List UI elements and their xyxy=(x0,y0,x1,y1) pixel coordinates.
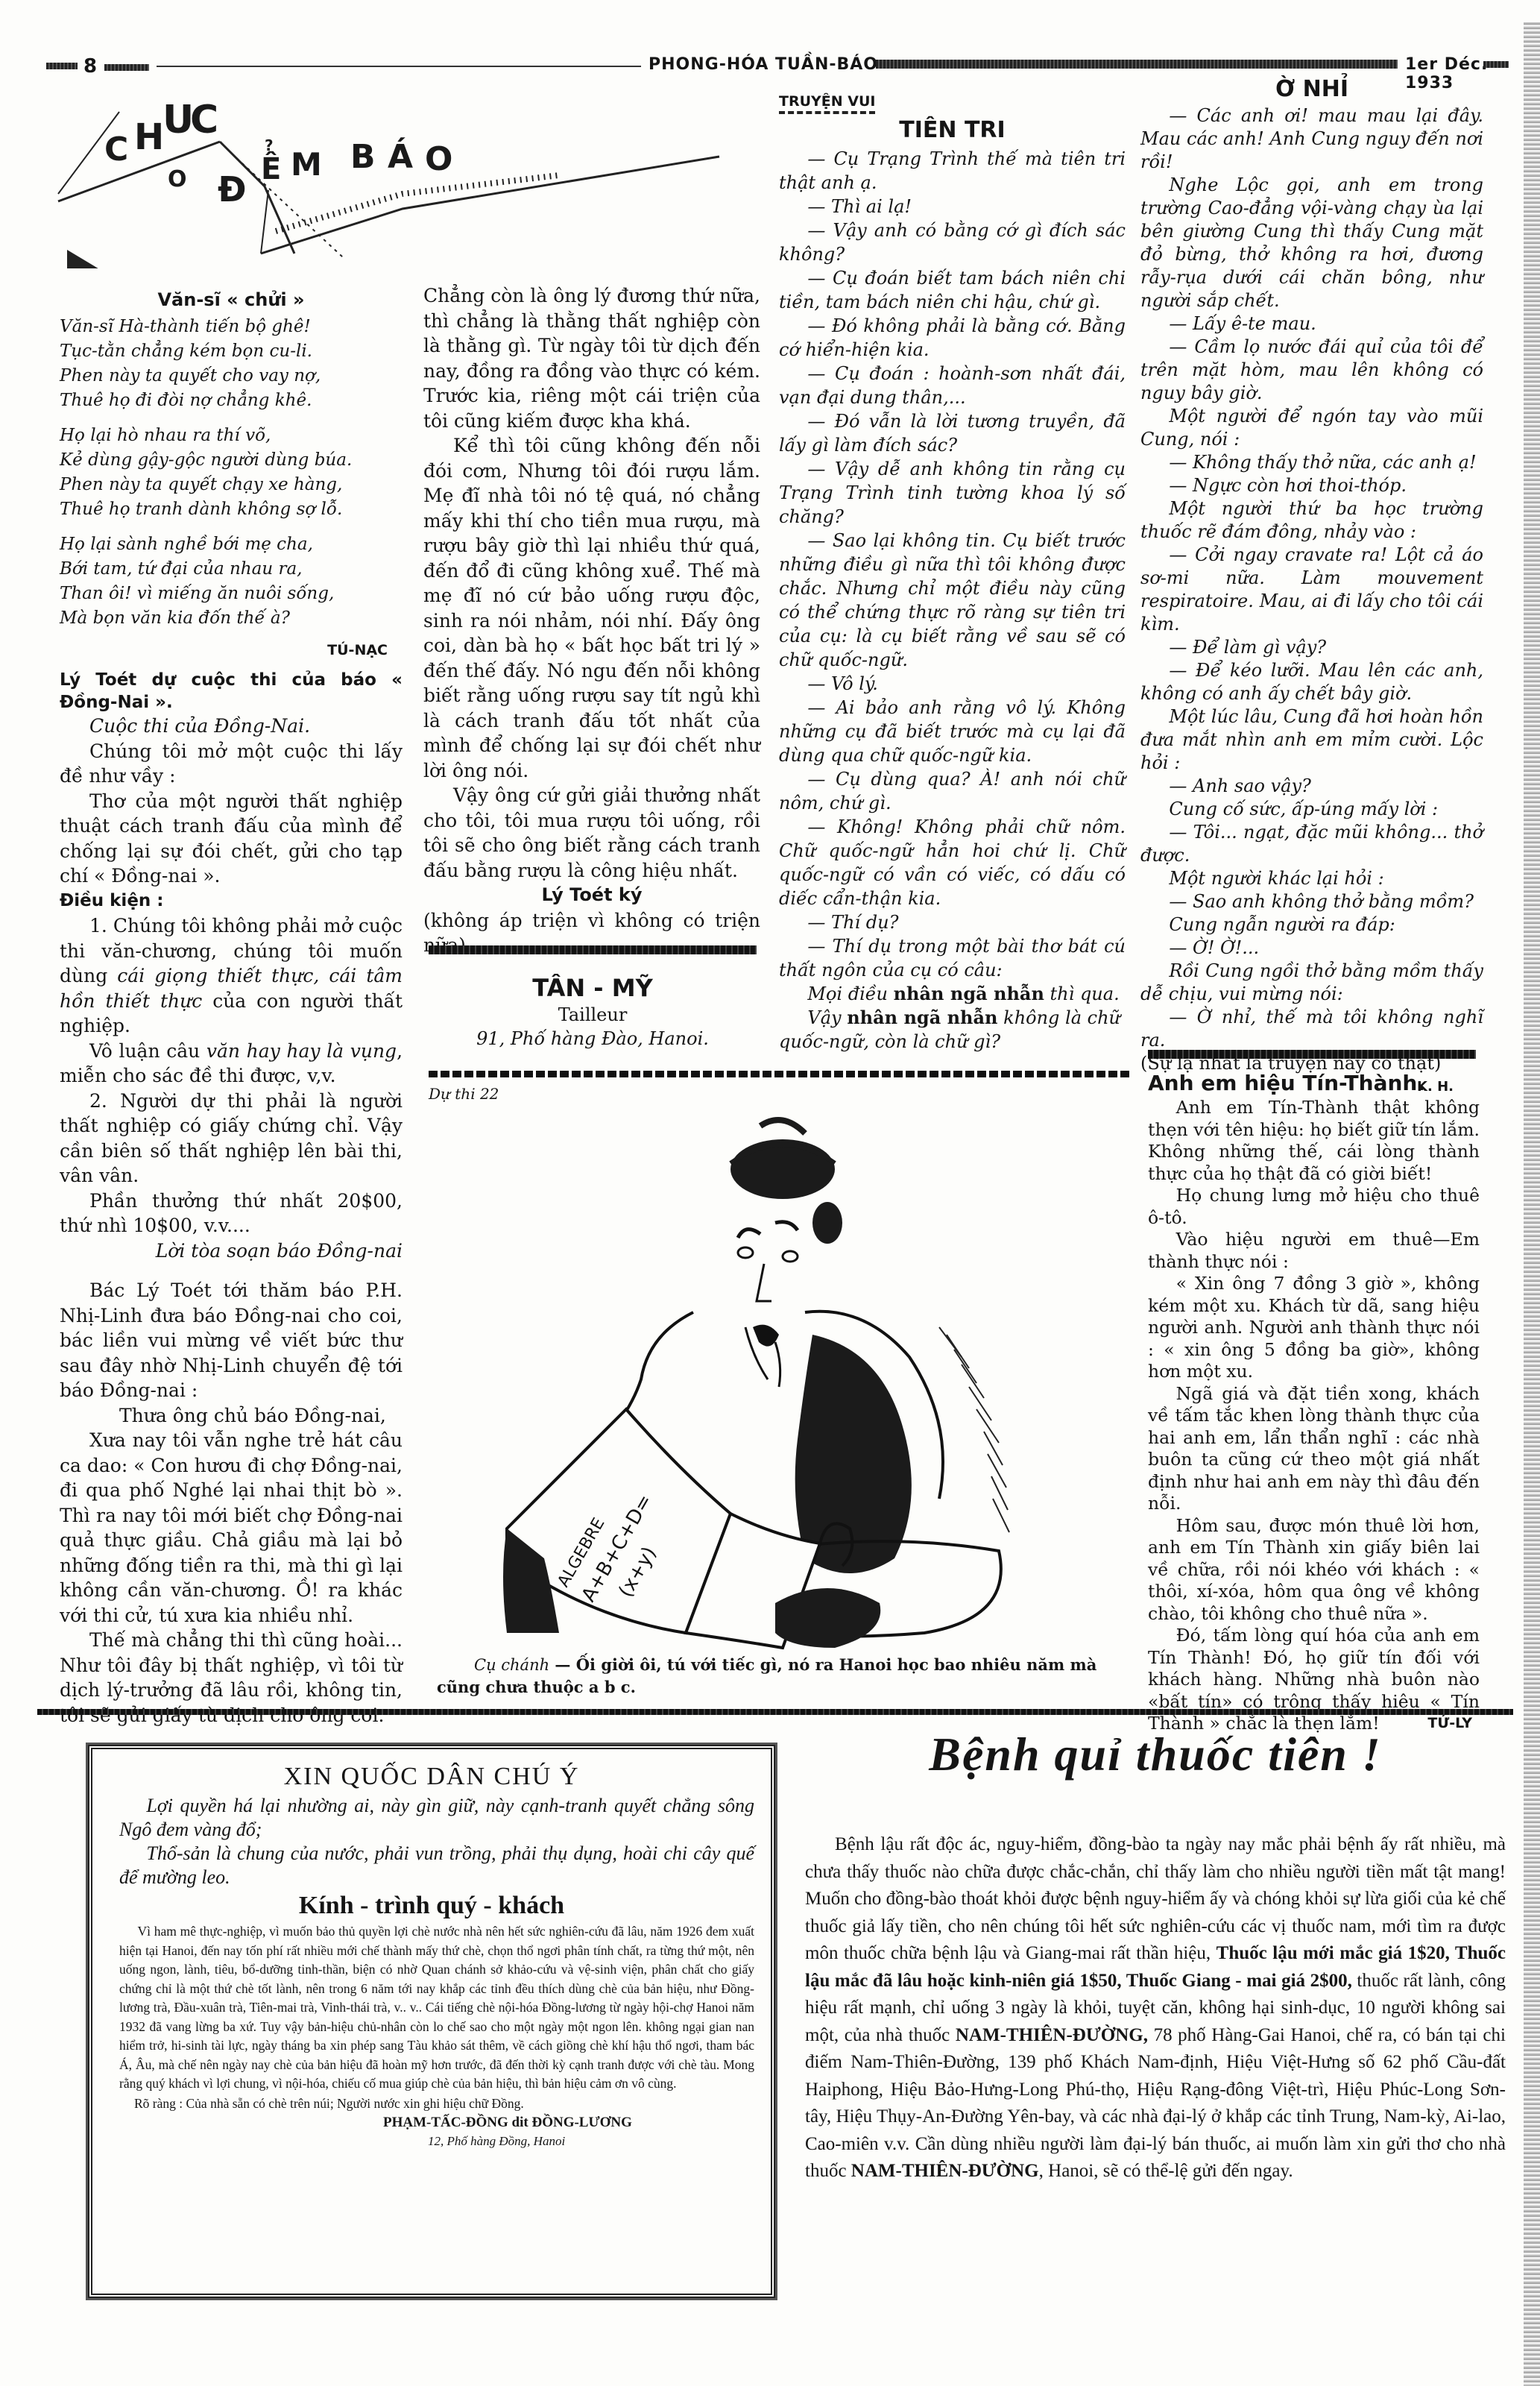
cartoon-caption: Cụ chánh — Ối giời ôi, tú với tiếc gì, n… xyxy=(437,1654,1123,1699)
poem-line: Phen này ta quyết cho vay nợ, xyxy=(60,364,403,388)
story-line: — Để làm gì vậy? xyxy=(1140,636,1483,659)
poem-line: Thuê họ tranh dành không sợ lỗ. xyxy=(60,497,403,522)
story-line: — Ngực còn hơi thoi-thóp. xyxy=(1140,474,1483,497)
verse-line: Lợi quyền há lại nhường ai, này gìn giữ,… xyxy=(119,1794,754,1842)
prize: Phần thưởng thứ nhất 20$00, thứ nhì 10$0… xyxy=(60,1189,403,1238)
dialogue-line: — Cụ đoán : hoành-sơn nhất đái, vạn đại … xyxy=(779,362,1126,409)
header-rule-left xyxy=(46,63,78,69)
poem-line: Bới tam, tứ đại của nhau ra, xyxy=(60,557,403,582)
conditions-label: Điều kiện : xyxy=(60,889,403,914)
text: 78 phố Hàng-Gai Hanoi, chế ra, có bán tạ… xyxy=(805,2025,1506,2182)
condition-2: 2. Người dự thi phải là người thất nghiệ… xyxy=(60,1089,403,1189)
poem-line: Họ lại hò nhau ra thí võ, xyxy=(60,424,403,448)
poem-line: Họ lại sành nghề bới mẹ cha, xyxy=(60,532,403,557)
dialogue-line: — Cụ dùng qua? À! anh nói chữ nôm, chứ g… xyxy=(779,767,1126,815)
tailor-name: TÂN - MỸ xyxy=(429,973,757,1003)
section-logo: C H U C O Đ Ê ? M B Á O xyxy=(45,97,760,268)
paragraph: Hôm sau, được món thuê lời hơn, anh em T… xyxy=(1148,1515,1480,1625)
svg-text:B: B xyxy=(350,138,376,176)
ad-body: Bệnh lậu rất độc ác, nguy-hiểm, đồng-bào… xyxy=(805,1831,1506,2185)
ad-body: Vì ham mê thực-nghiệp, vì muốn bảo thủ q… xyxy=(92,1922,771,2094)
verse-line: Thổ-sản là chung của nước, phải vun trồn… xyxy=(119,1842,754,1889)
salutation: Thưa ông chủ báo Đồng-nai, xyxy=(60,1403,403,1429)
poem-line: Thuê họ đi đòi nợ chẳng khê. xyxy=(60,388,403,413)
dialogue-line: — Đó không phải là bằng cớ. Bằng cớ hiển… xyxy=(779,314,1126,362)
paragraph: Vậy ông cứ gửi giải thưởng nhất cho tôi,… xyxy=(423,783,760,883)
paragraph: Họ chung lưng mở hiệu cho thuê ô-tô. xyxy=(1148,1185,1480,1229)
paragraph: Anh em Tín-Thành thật không thẹn với tên… xyxy=(1148,1097,1480,1185)
story-line: — Không thấy thở nữa, các anh ạ! xyxy=(1140,451,1483,474)
poem-author: TÚ-NẠC xyxy=(60,638,388,664)
header-rule-right xyxy=(876,60,1398,69)
cartoon-illustration: ALGEBRE A+B+C+D= (x+y) xyxy=(477,1111,1111,1655)
svg-text:Á: Á xyxy=(388,136,413,176)
dialogue-line: — Không! Không phải chữ nôm. Chữ quốc-ng… xyxy=(779,815,1126,910)
column-4: Ờ NHỈ — Các anh ơi! mau mau lại đây. Mau… xyxy=(1140,75,1483,1098)
column-5: Anh em hiệu Tín-Thành. Anh em Tín-Thành … xyxy=(1148,1070,1480,1734)
logo-artwork: C H U C O Đ Ê ? M B Á O xyxy=(45,97,760,268)
tailor-trade: Tailleur xyxy=(429,1003,757,1027)
header-rule xyxy=(104,64,149,71)
column-2: Chẳng còn là ông lý đương thứ nữa, thì c… xyxy=(423,283,760,958)
text: Vậy xyxy=(807,1007,847,1028)
story-line: Rồi Cung ngồi thở bằng mồm thấy dễ chịu,… xyxy=(1140,960,1483,1006)
svg-text:?: ? xyxy=(265,136,274,154)
story-line: — Cởi ngay cravate ra! Lột cả áo sơ-mi n… xyxy=(1140,544,1483,636)
story-line: Cung cố sức, ấp-úng mấy lời : xyxy=(1140,798,1483,821)
header-rule-end xyxy=(1483,61,1509,68)
dialogue-line: — Ai bảo anh rằng vô lý. Không những cụ … xyxy=(779,696,1126,767)
poem-line: Văn-sĩ Hà-thành tiến bộ ghê! xyxy=(60,315,403,339)
dialogue-line: — Cụ Trạng Trình thế mà tiên tri thật an… xyxy=(779,147,1126,195)
article-title: Lý Toét dự cuộc thi của báo « Đồng-Nai »… xyxy=(60,669,403,714)
text: Mọi điều xyxy=(807,983,893,1004)
scholar-cartoon-icon: ALGEBRE A+B+C+D= (x+y) xyxy=(477,1111,1111,1655)
publication-name: PHONG-HÓA TUẦN-BÁO xyxy=(648,55,878,74)
article-subtitle: Cuộc thi của Đồng-Nai. xyxy=(60,714,403,739)
emphasis: văn hay hay là vụng xyxy=(206,1040,397,1062)
dialogue-line: — Vô lý. xyxy=(779,672,1126,696)
ad-slogan: Rõ ràng : Của nhà sẵn có chè trên núi; N… xyxy=(92,2094,771,2113)
medicine-advertisement: Bệnh quỉ thuốc tiên ! Bệnh lậu rất độc á… xyxy=(805,1722,1506,2185)
svg-text:Đ: Đ xyxy=(218,169,247,210)
dialogue-line: — Thí dụ trong một bài thơ bát cú thất n… xyxy=(779,934,1126,982)
paragraph: Xưa nay tôi vẫn nghe trẻ hát câu ca dao:… xyxy=(60,1428,403,1628)
svg-text:Ê: Ê xyxy=(261,151,281,186)
svg-text:C: C xyxy=(104,130,128,169)
brand-name: NAM-THIÊN-ĐƯỜNG, xyxy=(956,2025,1148,2045)
scan-edge xyxy=(1524,22,1540,2386)
ad-title: Bệnh quỉ thuốc tiên ! xyxy=(805,1722,1506,1787)
contest-label: Dự thi 22 xyxy=(429,1085,499,1103)
column-1: Văn-sĩ « chửi » Văn-sĩ Hà-thành tiến bộ … xyxy=(60,288,403,1728)
ad-title: XIN QUỐC DÂN CHÚ Ý xyxy=(92,1760,771,1794)
poem-title: Văn-sĩ « chửi » xyxy=(60,288,403,313)
condition-1: 1. Chúng tôi không phải mở cuộc thi văn-… xyxy=(60,913,403,1039)
text: , Hanoi, sẽ có thể-lệ gửi đến ngay. xyxy=(1039,2161,1293,2181)
column-3: TRUYỆN VUI TIÊN TRI — Cụ Trạng Trình thế… xyxy=(779,88,1126,1054)
paragraph: « Xin ông 7 đồng 3 giờ », không kém một … xyxy=(1148,1273,1480,1383)
letter-signature: Lý Toét ký xyxy=(423,883,760,908)
svg-text:H: H xyxy=(134,116,164,158)
paragraph: Thơ của một người thất nghiệp thuật cách… xyxy=(60,789,403,889)
section-divider xyxy=(37,1709,1513,1715)
dialogue-line: — Vậy dễ anh không tin rằng cụ Trạng Trì… xyxy=(779,457,1126,529)
verse-line: Vậy nhân ngã nhẫn không là chữ quốc-ngữ,… xyxy=(779,1006,1126,1054)
story-line: — Sao anh không thở bằng mồm? xyxy=(1140,890,1483,913)
text: thì qua. xyxy=(1044,983,1120,1004)
tailor-ad: TÂN - MỸ Tailleur 91, Phố hàng Đào, Hano… xyxy=(429,973,757,1051)
paragraph: Ngã giá và đặt tiền xong, khách về tấm t… xyxy=(1148,1383,1480,1515)
paragraph: Bác Lý Toét tới thăm báo P.H. Nhị-Linh đ… xyxy=(60,1278,403,1403)
divider xyxy=(429,945,757,954)
poem: Văn-sĩ Hà-thành tiến bộ ghê! Tục-tằn chẳ… xyxy=(60,315,403,631)
story-line: Một người để ngón tay vào mũi Cung, nói … xyxy=(1140,405,1483,451)
story-line: Nghe Lộc gọi, anh em trong trường Cao-đẳ… xyxy=(1140,174,1483,312)
divider xyxy=(1148,1050,1476,1059)
condition-1b: Vô luận câu văn hay hay là vụng, miễn ch… xyxy=(60,1039,403,1089)
section-label: TRUYỆN VUI xyxy=(779,93,875,114)
story-line: — Lấy ê-te mau. xyxy=(1140,312,1483,336)
poem-line: Phen này ta quyết chạy xe hàng, xyxy=(60,473,403,497)
tailor-address: 91, Phố hàng Đào, Hanoi. xyxy=(429,1027,757,1051)
story-line: — Tôi... ngạt, đặc mũi không... thở được… xyxy=(1140,821,1483,867)
story-line: — Ờ! Ờ!... xyxy=(1140,937,1483,960)
paragraph: Kể thì tôi cũng không đến nỗi đói cơm, N… xyxy=(423,433,760,783)
svg-text:O: O xyxy=(425,140,452,178)
caption-speaker: Cụ chánh xyxy=(437,1656,549,1674)
tea-advertisement: XIN QUỐC DÂN CHÚ Ý Lợi quyền há lại nhườ… xyxy=(88,1745,775,2298)
dialogue-line: — Đó vẫn là lời tương truyền, đã lấy gì … xyxy=(779,409,1126,457)
poem-line: Than ôi! vì miếng ăn nuôi sống, xyxy=(60,582,403,606)
svg-text:C: C xyxy=(190,98,218,142)
story-line: Một lúc lâu, Cung đã hơi hoàn hồn đưa mắ… xyxy=(1140,705,1483,775)
story-title: Anh em hiệu Tín-Thành. xyxy=(1148,1070,1480,1097)
dialogue-line: — Thí dụ? xyxy=(779,910,1126,934)
story-line: Một người thứ ba học trường thuốc rẽ đám… xyxy=(1140,497,1483,544)
svg-text:M: M xyxy=(291,146,322,183)
story-line: Một người khác lại hỏi : xyxy=(1140,867,1483,890)
editor-signature: Lời tòa soạn báo Đồng-nai xyxy=(60,1238,403,1264)
verse-line: Mọi điều nhân ngã nhẫn thì qua. xyxy=(779,982,1126,1006)
dialogue-line: — Sao lại không tin. Cụ biết trước những… xyxy=(779,529,1126,672)
page-number: 8 xyxy=(83,55,98,78)
story-line: — Anh sao vậy? xyxy=(1140,775,1483,798)
dialogue-line: — Vậy anh có bằng cớ gì đích sác không? xyxy=(779,218,1126,266)
ad-address: 12, Phố hàng Đồng, Hanoi xyxy=(92,2132,771,2150)
emphasis: nhân ngã nhẫn xyxy=(894,983,1044,1004)
ad-signature: PHẠM-TẤC-ĐỒNG dit ĐỒNG-LƯƠNG xyxy=(92,2113,771,2132)
divider xyxy=(429,1071,1129,1077)
paragraph: Chúng tôi mở một cuộc thi lấy đề như vầy… xyxy=(60,739,403,789)
story-title: TIÊN TRI xyxy=(779,116,1126,145)
story-line: Cung ngẫn người ra đáp: xyxy=(1140,913,1483,937)
story-line: — Ờ nhỉ, thế mà tôi không nghĩ ra. xyxy=(1140,1006,1483,1052)
paragraph: Chẳng còn là ông lý đương thứ nữa, thì c… xyxy=(423,283,760,433)
svg-text:U: U xyxy=(162,98,194,142)
dialogue-line: — Thì ai lạ! xyxy=(779,195,1126,218)
header-rule-thin xyxy=(157,66,641,67)
ad-verse: Lợi quyền há lại nhường ai, này gìn giữ,… xyxy=(92,1794,771,1889)
story-line: — Các anh ơi! mau mau lại đây. Mau các a… xyxy=(1140,104,1483,174)
brand-name: NAM-THIÊN-ĐƯỜNG xyxy=(851,2161,1039,2181)
text: Vô luận câu xyxy=(89,1040,206,1062)
paragraph: Vào hiệu người em thuê—Em thành thực nói… xyxy=(1148,1229,1480,1273)
dialogue-line: — Cụ đoán biết tam bách niên chi tiền, t… xyxy=(779,266,1126,314)
story-line: — Để kéo lưỡi. Mau lên các anh, không có… xyxy=(1140,659,1483,705)
emphasis: nhân ngã nhẫn xyxy=(847,1007,997,1028)
story-line: — Cầm lọ nước đái quỉ của tôi để trên mặ… xyxy=(1140,336,1483,405)
poem-line: Kẻ dùng gậy-gộc người dùng búa. xyxy=(60,448,403,473)
story-title: Ờ NHỈ xyxy=(1140,75,1483,104)
ad-subtitle: Kính - trình quý - khách xyxy=(92,1889,771,1922)
svg-text:O: O xyxy=(168,166,187,192)
poem-line: Mà bọn văn kia đốn thế à? xyxy=(60,606,403,631)
poem-line: Tục-tằn chẳng kém bọn cu-li. xyxy=(60,339,403,364)
